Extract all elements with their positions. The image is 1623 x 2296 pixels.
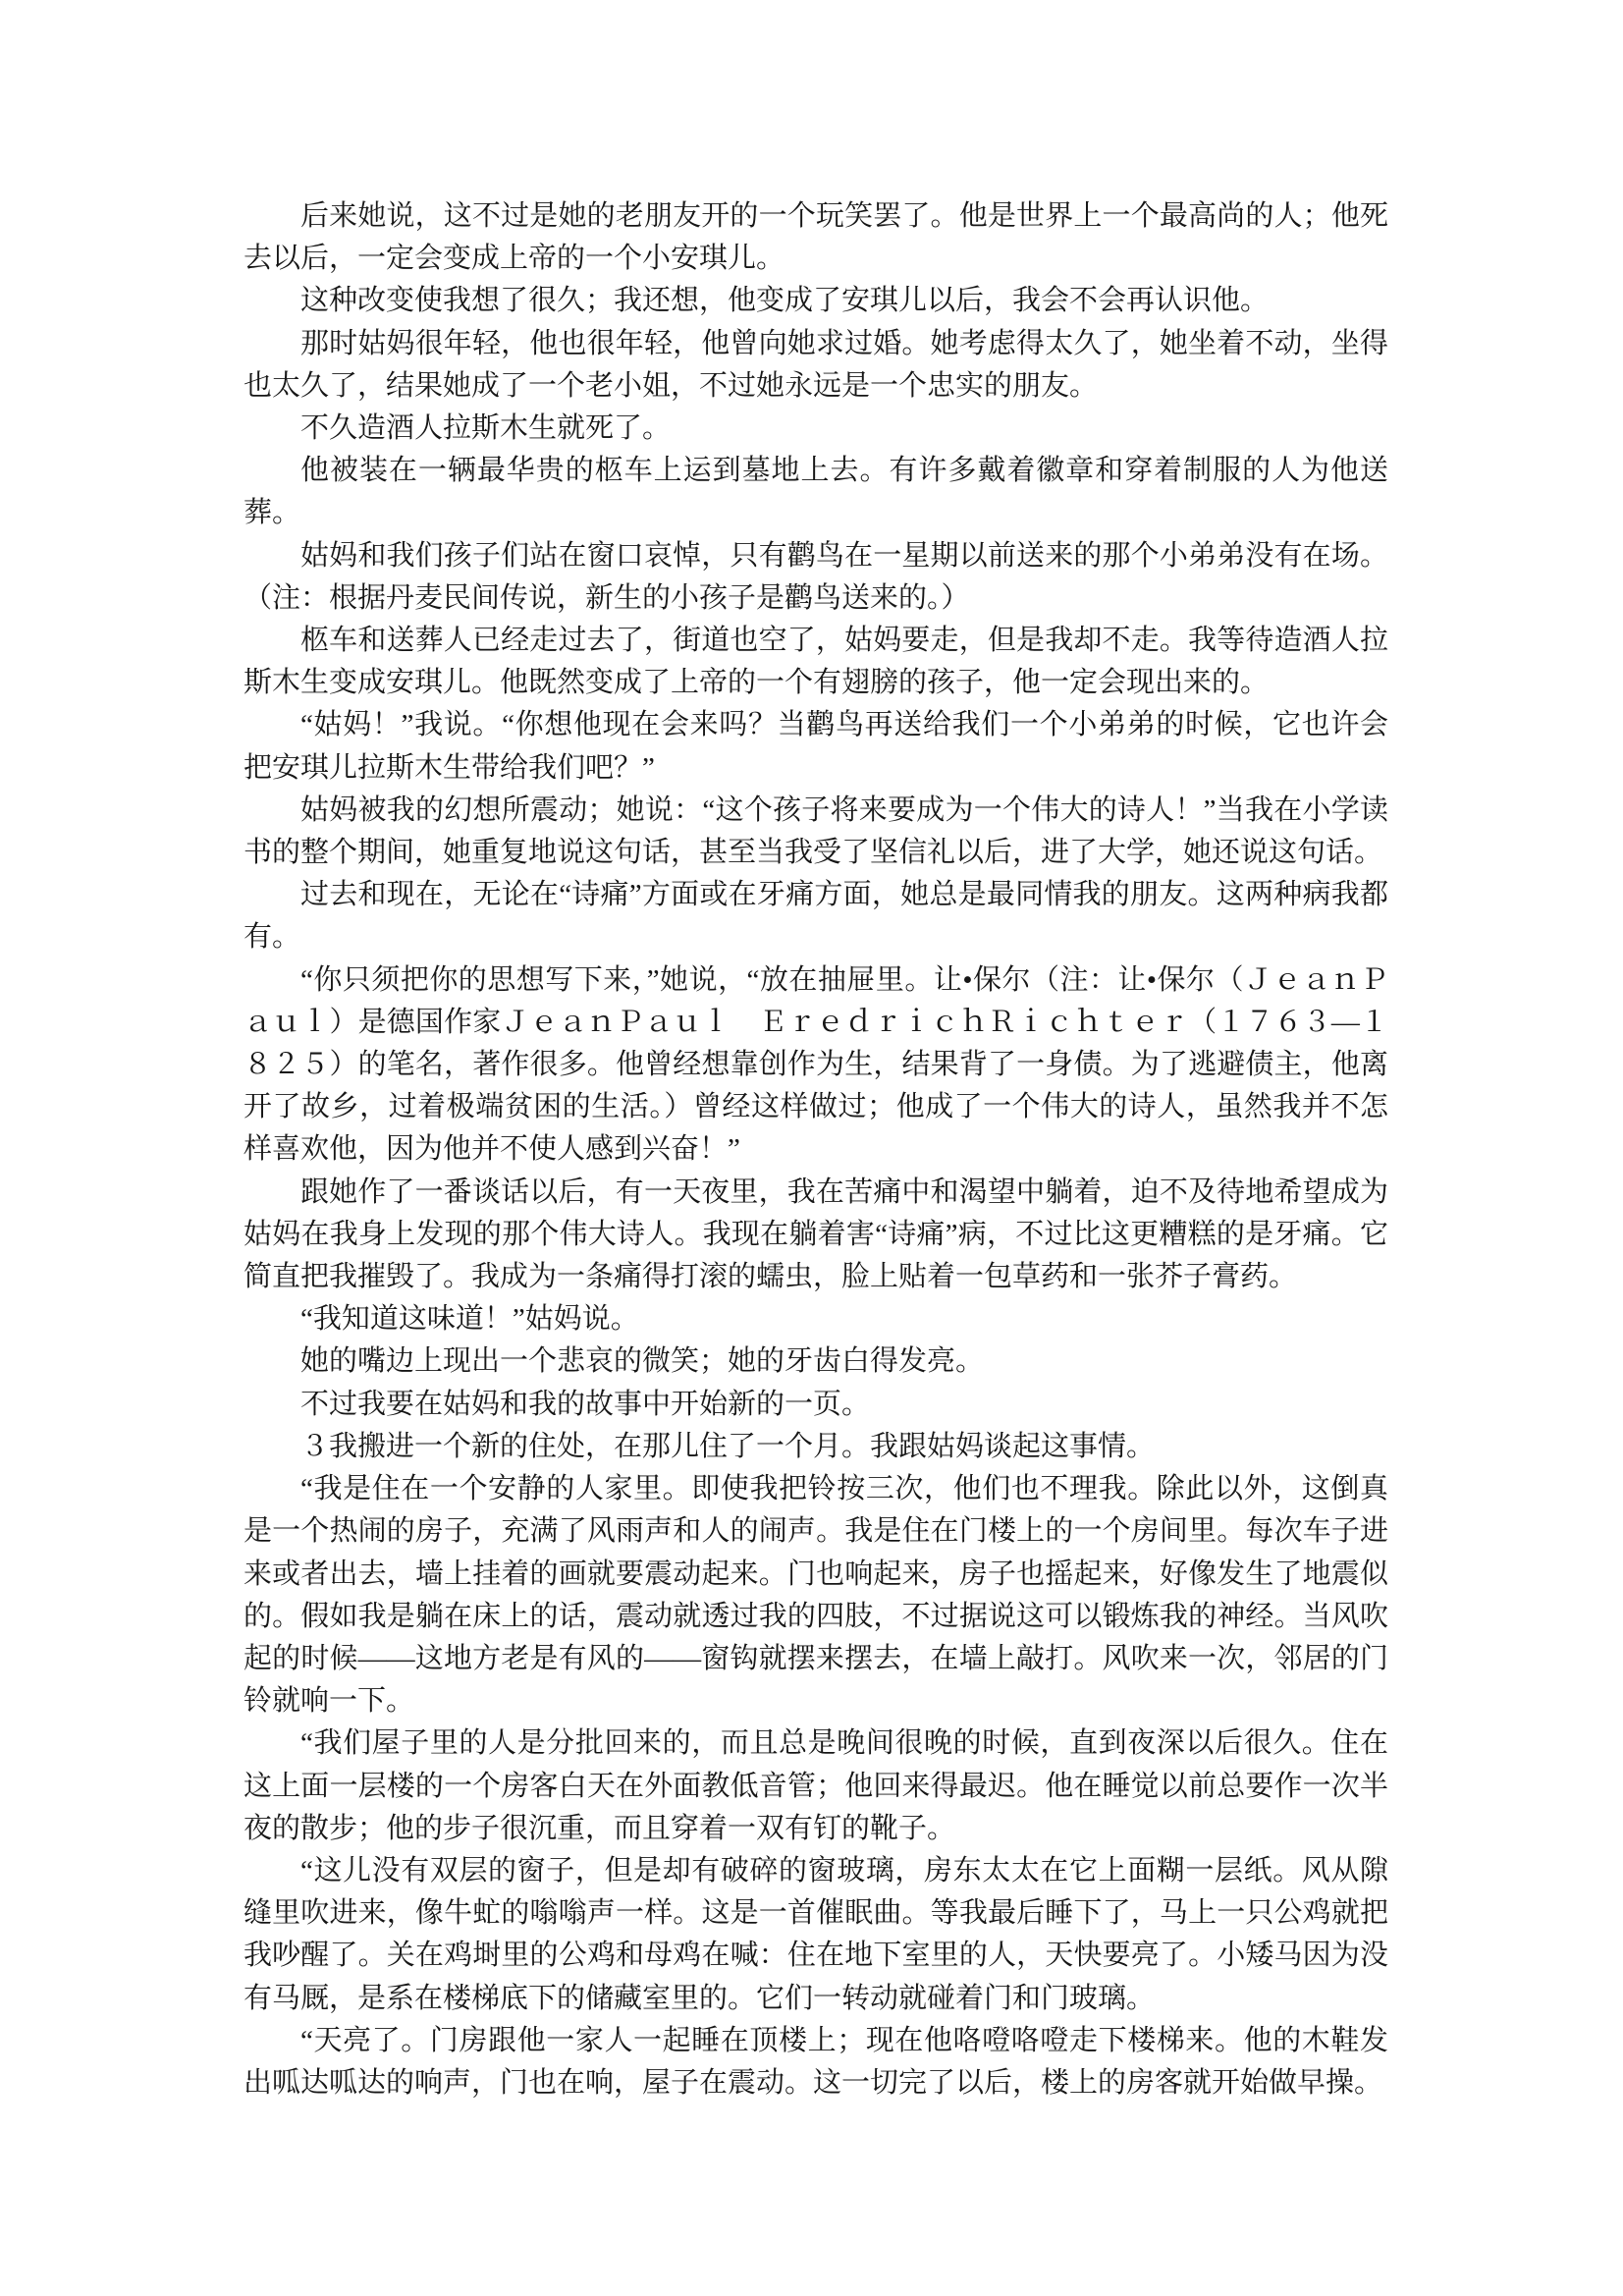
paragraph: 柩车和送葬人已经走过去了，街道也空了，姑妈要走，但是我却不走。我等待造酒人拉斯木…: [243, 620, 1388, 704]
paragraph: 他被装在一辆最华贵的柩车上运到墓地上去。有许多戴着徽章和穿着制服的人为他送葬。: [243, 450, 1388, 534]
paragraph: 姑妈被我的幻想所震动；她说：“这个孩子将来要成为一个伟大的诗人！”当我在小学读书…: [243, 790, 1388, 874]
paragraph: “我是住在一个安静的人家里。即使我把铃按三次，他们也不理我。除此以外，这倒真是一…: [243, 1468, 1388, 1722]
paragraph: “这儿没有双层的窗子，但是却有破碎的窗玻璃，房东太太在它上面糊一层纸。风从隙缝里…: [243, 1850, 1388, 2020]
paragraph: “姑妈！”我说。“你想他现在会来吗？当鹳鸟再送给我们一个小弟弟的时候，它也许会把…: [243, 704, 1388, 789]
paragraph: 那时姑妈很年轻，他也很年轻，他曾向她求过婚。她考虑得太久了，她坐着不动，坐得也太…: [243, 323, 1388, 408]
paragraph: “我知道这味道！”姑妈说。: [243, 1298, 1388, 1340]
paragraph: 不过我要在姑妈和我的故事中开始新的一页。: [243, 1384, 1388, 1426]
paragraph: ３我搬进一个新的住处，在那儿住了一个月。我跟姑妈谈起这事情。: [243, 1426, 1388, 1468]
paragraph: 不久造酒人拉斯木生就死了。: [243, 408, 1388, 450]
text-block: 后来她说，这不过是她的老朋友开的一个玩笑罢了。他是世界上一个最高尚的人；他死去以…: [243, 195, 1388, 2105]
paragraph: 后来她说，这不过是她的老朋友开的一个玩笑罢了。他是世界上一个最高尚的人；他死去以…: [243, 195, 1388, 280]
paragraph: 过去和现在，无论在“诗痛”方面或在牙痛方面，她总是最同情我的朋友。这两种病我都有…: [243, 874, 1388, 958]
document-page: 后来她说，这不过是她的老朋友开的一个玩笑罢了。他是世界上一个最高尚的人；他死去以…: [0, 0, 1623, 2296]
paragraph: 姑妈和我们孩子们站在窗口哀悼，只有鹳鸟在一星期以前送来的那个小弟弟没有在场。（注…: [243, 535, 1388, 620]
paragraph: 她的嘴边上现出一个悲哀的微笑；她的牙齿白得发亮。: [243, 1340, 1388, 1383]
paragraph: 跟她作了一番谈话以后，有一天夜里，我在苦痛中和渴望中躺着，迫不及待地希望成为姑妈…: [243, 1172, 1388, 1299]
paragraph: 这种改变使我想了很久；我还想，他变成了安琪儿以后，我会不会再认识他。: [243, 280, 1388, 322]
paragraph: “我们屋子里的人是分批回来的，而且总是晚间很晚的时候，直到夜深以后很久。住在这上…: [243, 1722, 1388, 1850]
paragraph: “你只须把你的思想写下来，”她说，“放在抽屉里。让•保尔（注：让•保尔（Ｊｅａｎ…: [243, 959, 1388, 1172]
paragraph: “天亮了。门房跟他一家人一起睡在顶楼上；现在他咯噔咯噔走下楼梯来。他的木鞋发出呱…: [243, 2020, 1388, 2105]
